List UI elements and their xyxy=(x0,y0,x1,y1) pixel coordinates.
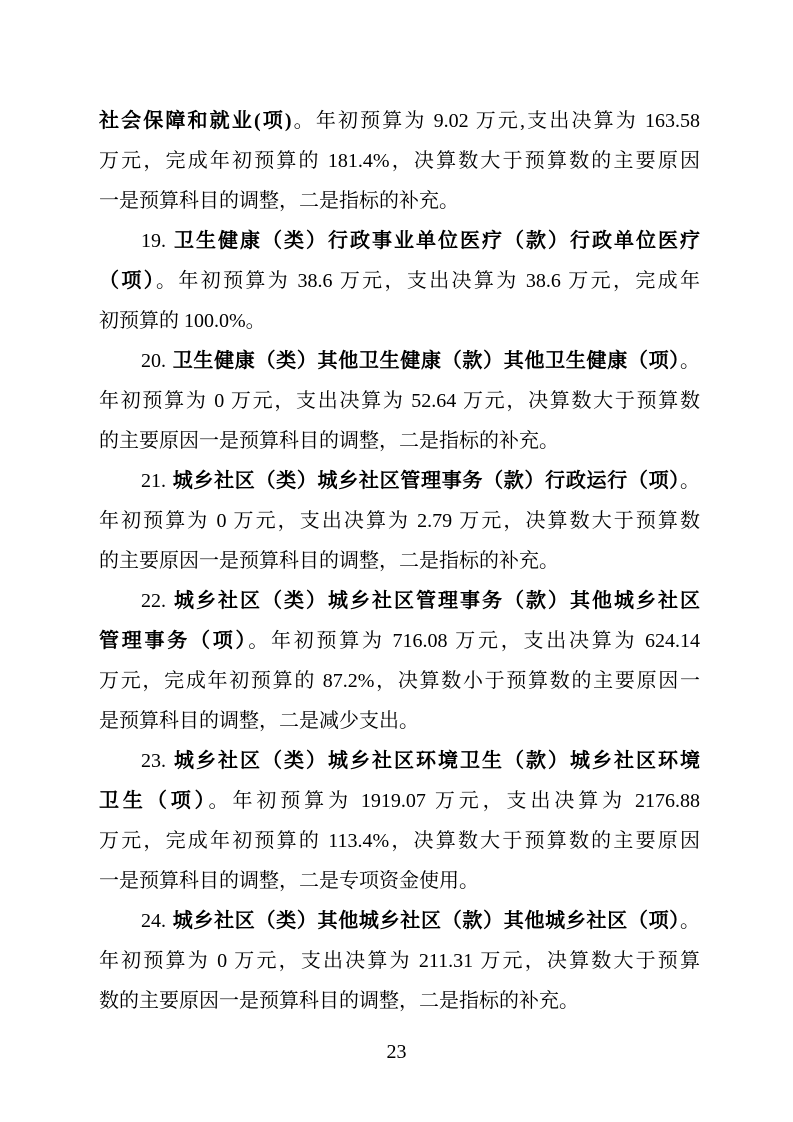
text-line: 卫生（项）。年初预算为 1919.07 万元，支出决算为 2176.88 xyxy=(99,781,700,821)
body-text: 的主要原因一是预算科目的调整，二是指标的补充。 xyxy=(99,550,559,572)
body-text: 年初预算为 0 万元，支出决算为 52.64 万元，决算数大于预算数 xyxy=(99,390,700,412)
body-text: 是预算科目的调整，二是减少支出。 xyxy=(99,710,419,732)
body-text: 年初预算为 0 万元，支出决算为 211.31 万元，决算数大于预算 xyxy=(99,950,700,972)
text-line: 数的主要原因一是预算科目的调整，二是指标的补充。 xyxy=(99,981,700,1021)
paragraph-18-continued: 社会保障和就业(项)。年初预算为 9.02 万元,支出决算为 163.58万元，… xyxy=(99,101,700,221)
heading-text: 城乡社区（类）城乡社区管理事务（款）其他城乡社区 xyxy=(172,590,700,612)
text-line: 的主要原因一是预算科目的调整，二是指标的补充。 xyxy=(99,421,700,461)
item-number: 22. xyxy=(141,590,172,612)
body-text: 。 xyxy=(680,470,700,492)
heading-text: 卫生健康（类）行政事业单位医疗（款）行政单位医疗 xyxy=(172,230,700,252)
item-number: 23. xyxy=(141,750,172,772)
item-number: 21. xyxy=(141,470,172,492)
text-line: 是预算科目的调整，二是减少支出。 xyxy=(99,701,700,741)
text-line: 万元，完成年初预算的 87.2%，决算数小于预算数的主要原因一 xyxy=(99,661,700,701)
text-line: 社会保障和就业(项)。年初预算为 9.02 万元,支出决算为 163.58 xyxy=(99,101,700,141)
text-line: 22.城乡社区（类）城乡社区管理事务（款）其他城乡社区 xyxy=(99,581,700,621)
body-text: 的主要原因一是预算科目的调整，二是指标的补充。 xyxy=(99,430,559,452)
paragraph-21: 21.城乡社区（类）城乡社区管理事务（款）行政运行（项）。年初预算为 0 万元，… xyxy=(99,461,700,581)
body-text: 。 xyxy=(680,350,700,372)
paragraph-23: 23.城乡社区（类）城乡社区环境卫生（款）城乡社区环境卫生（项）。年初预算为 1… xyxy=(99,741,700,901)
document-body: 社会保障和就业(项)。年初预算为 9.02 万元,支出决算为 163.58万元，… xyxy=(99,101,700,1021)
text-line: 19.卫生健康（类）行政事业单位医疗（款）行政单位医疗 xyxy=(99,221,700,261)
body-text: 。年初预算为 716.08 万元，支出决算为 624.14 xyxy=(248,630,700,652)
text-line: （项）。年初预算为 38.6 万元，支出决算为 38.6 万元，完成年 xyxy=(99,261,700,301)
body-text: 。 xyxy=(680,910,700,932)
document-page: 社会保障和就业(项)。年初预算为 9.02 万元,支出决算为 163.58万元，… xyxy=(0,0,793,1122)
heading-text: 社会保障和就业(项) xyxy=(99,110,292,132)
text-line: 万元，完成年初预算的 113.4%，决算数大于预算数的主要原因 xyxy=(99,821,700,861)
text-line: 20.卫生健康（类）其他卫生健康（款）其他卫生健康（项）。 xyxy=(99,341,700,381)
body-text: 一是预算科目的调整，二是专项资金使用。 xyxy=(99,870,479,892)
heading-text: 卫生健康（类）其他卫生健康（款）其他卫生健康（项） xyxy=(172,350,680,372)
body-text: 万元，完成年初预算的 87.2%，决算数小于预算数的主要原因一 xyxy=(99,670,700,692)
text-line: 24.城乡社区（类）其他城乡社区（款）其他城乡社区（项）。 xyxy=(99,901,700,941)
item-number: 24. xyxy=(141,910,172,932)
text-line: 一是预算科目的调整，二是指标的补充。 xyxy=(99,181,700,221)
text-line: 的主要原因一是预算科目的调整，二是指标的补充。 xyxy=(99,541,700,581)
text-line: 一是预算科目的调整，二是专项资金使用。 xyxy=(99,861,700,901)
text-line: 管理事务（项）。年初预算为 716.08 万元，支出决算为 624.14 xyxy=(99,621,700,661)
body-text: 万元，完成年初预算的 181.4%，决算数大于预算数的主要原因 xyxy=(99,150,700,172)
text-line: 23.城乡社区（类）城乡社区环境卫生（款）城乡社区环境 xyxy=(99,741,700,781)
heading-text: （项） xyxy=(99,270,156,292)
paragraph-20: 20.卫生健康（类）其他卫生健康（款）其他卫生健康（项）。年初预算为 0 万元，… xyxy=(99,341,700,461)
heading-text: 卫生（项） xyxy=(99,790,209,812)
text-line: 万元，完成年初预算的 181.4%，决算数大于预算数的主要原因 xyxy=(99,141,700,181)
heading-text: 城乡社区（类）其他城乡社区（款）其他城乡社区（项） xyxy=(172,910,680,932)
paragraph-22: 22.城乡社区（类）城乡社区管理事务（款）其他城乡社区管理事务（项）。年初预算为… xyxy=(99,581,700,741)
body-text: 。年初预算为 1919.07 万元，支出决算为 2176.88 xyxy=(209,790,700,812)
body-text: 一是预算科目的调整，二是指标的补充。 xyxy=(99,190,459,212)
text-line: 年初预算为 0 万元，支出决算为 52.64 万元，决算数大于预算数 xyxy=(99,381,700,421)
paragraph-24: 24.城乡社区（类）其他城乡社区（款）其他城乡社区（项）。年初预算为 0 万元，… xyxy=(99,901,700,1021)
body-text: 数的主要原因一是预算科目的调整，二是指标的补充。 xyxy=(99,990,579,1012)
page-number: 23 xyxy=(387,1041,407,1063)
text-line: 年初预算为 0 万元，支出决算为 2.79 万元，决算数大于预算数 xyxy=(99,501,700,541)
page-footer: 23 xyxy=(0,1032,793,1072)
body-text: 。年初预算为 38.6 万元，支出决算为 38.6 万元，完成年 xyxy=(156,270,700,292)
item-number: 20. xyxy=(141,350,172,372)
item-number: 19. xyxy=(141,230,172,252)
body-text: 初预算的 100.0%。 xyxy=(99,310,266,332)
text-line: 年初预算为 0 万元，支出决算为 211.31 万元，决算数大于预算 xyxy=(99,941,700,981)
heading-text: 城乡社区（类）城乡社区环境卫生（款）城乡社区环境 xyxy=(172,750,700,772)
paragraph-19: 19.卫生健康（类）行政事业单位医疗（款）行政单位医疗（项）。年初预算为 38.… xyxy=(99,221,700,341)
text-line: 21.城乡社区（类）城乡社区管理事务（款）行政运行（项）。 xyxy=(99,461,700,501)
body-text: 万元，完成年初预算的 113.4%，决算数大于预算数的主要原因 xyxy=(99,830,700,852)
heading-text: 城乡社区（类）城乡社区管理事务（款）行政运行（项） xyxy=(172,470,680,492)
body-text: 年初预算为 0 万元，支出决算为 2.79 万元，决算数大于预算数 xyxy=(99,510,700,532)
body-text: 。年初预算为 9.02 万元,支出决算为 163.58 xyxy=(292,110,700,132)
heading-text: 管理事务（项） xyxy=(99,630,248,652)
text-line: 初预算的 100.0%。 xyxy=(99,301,700,341)
